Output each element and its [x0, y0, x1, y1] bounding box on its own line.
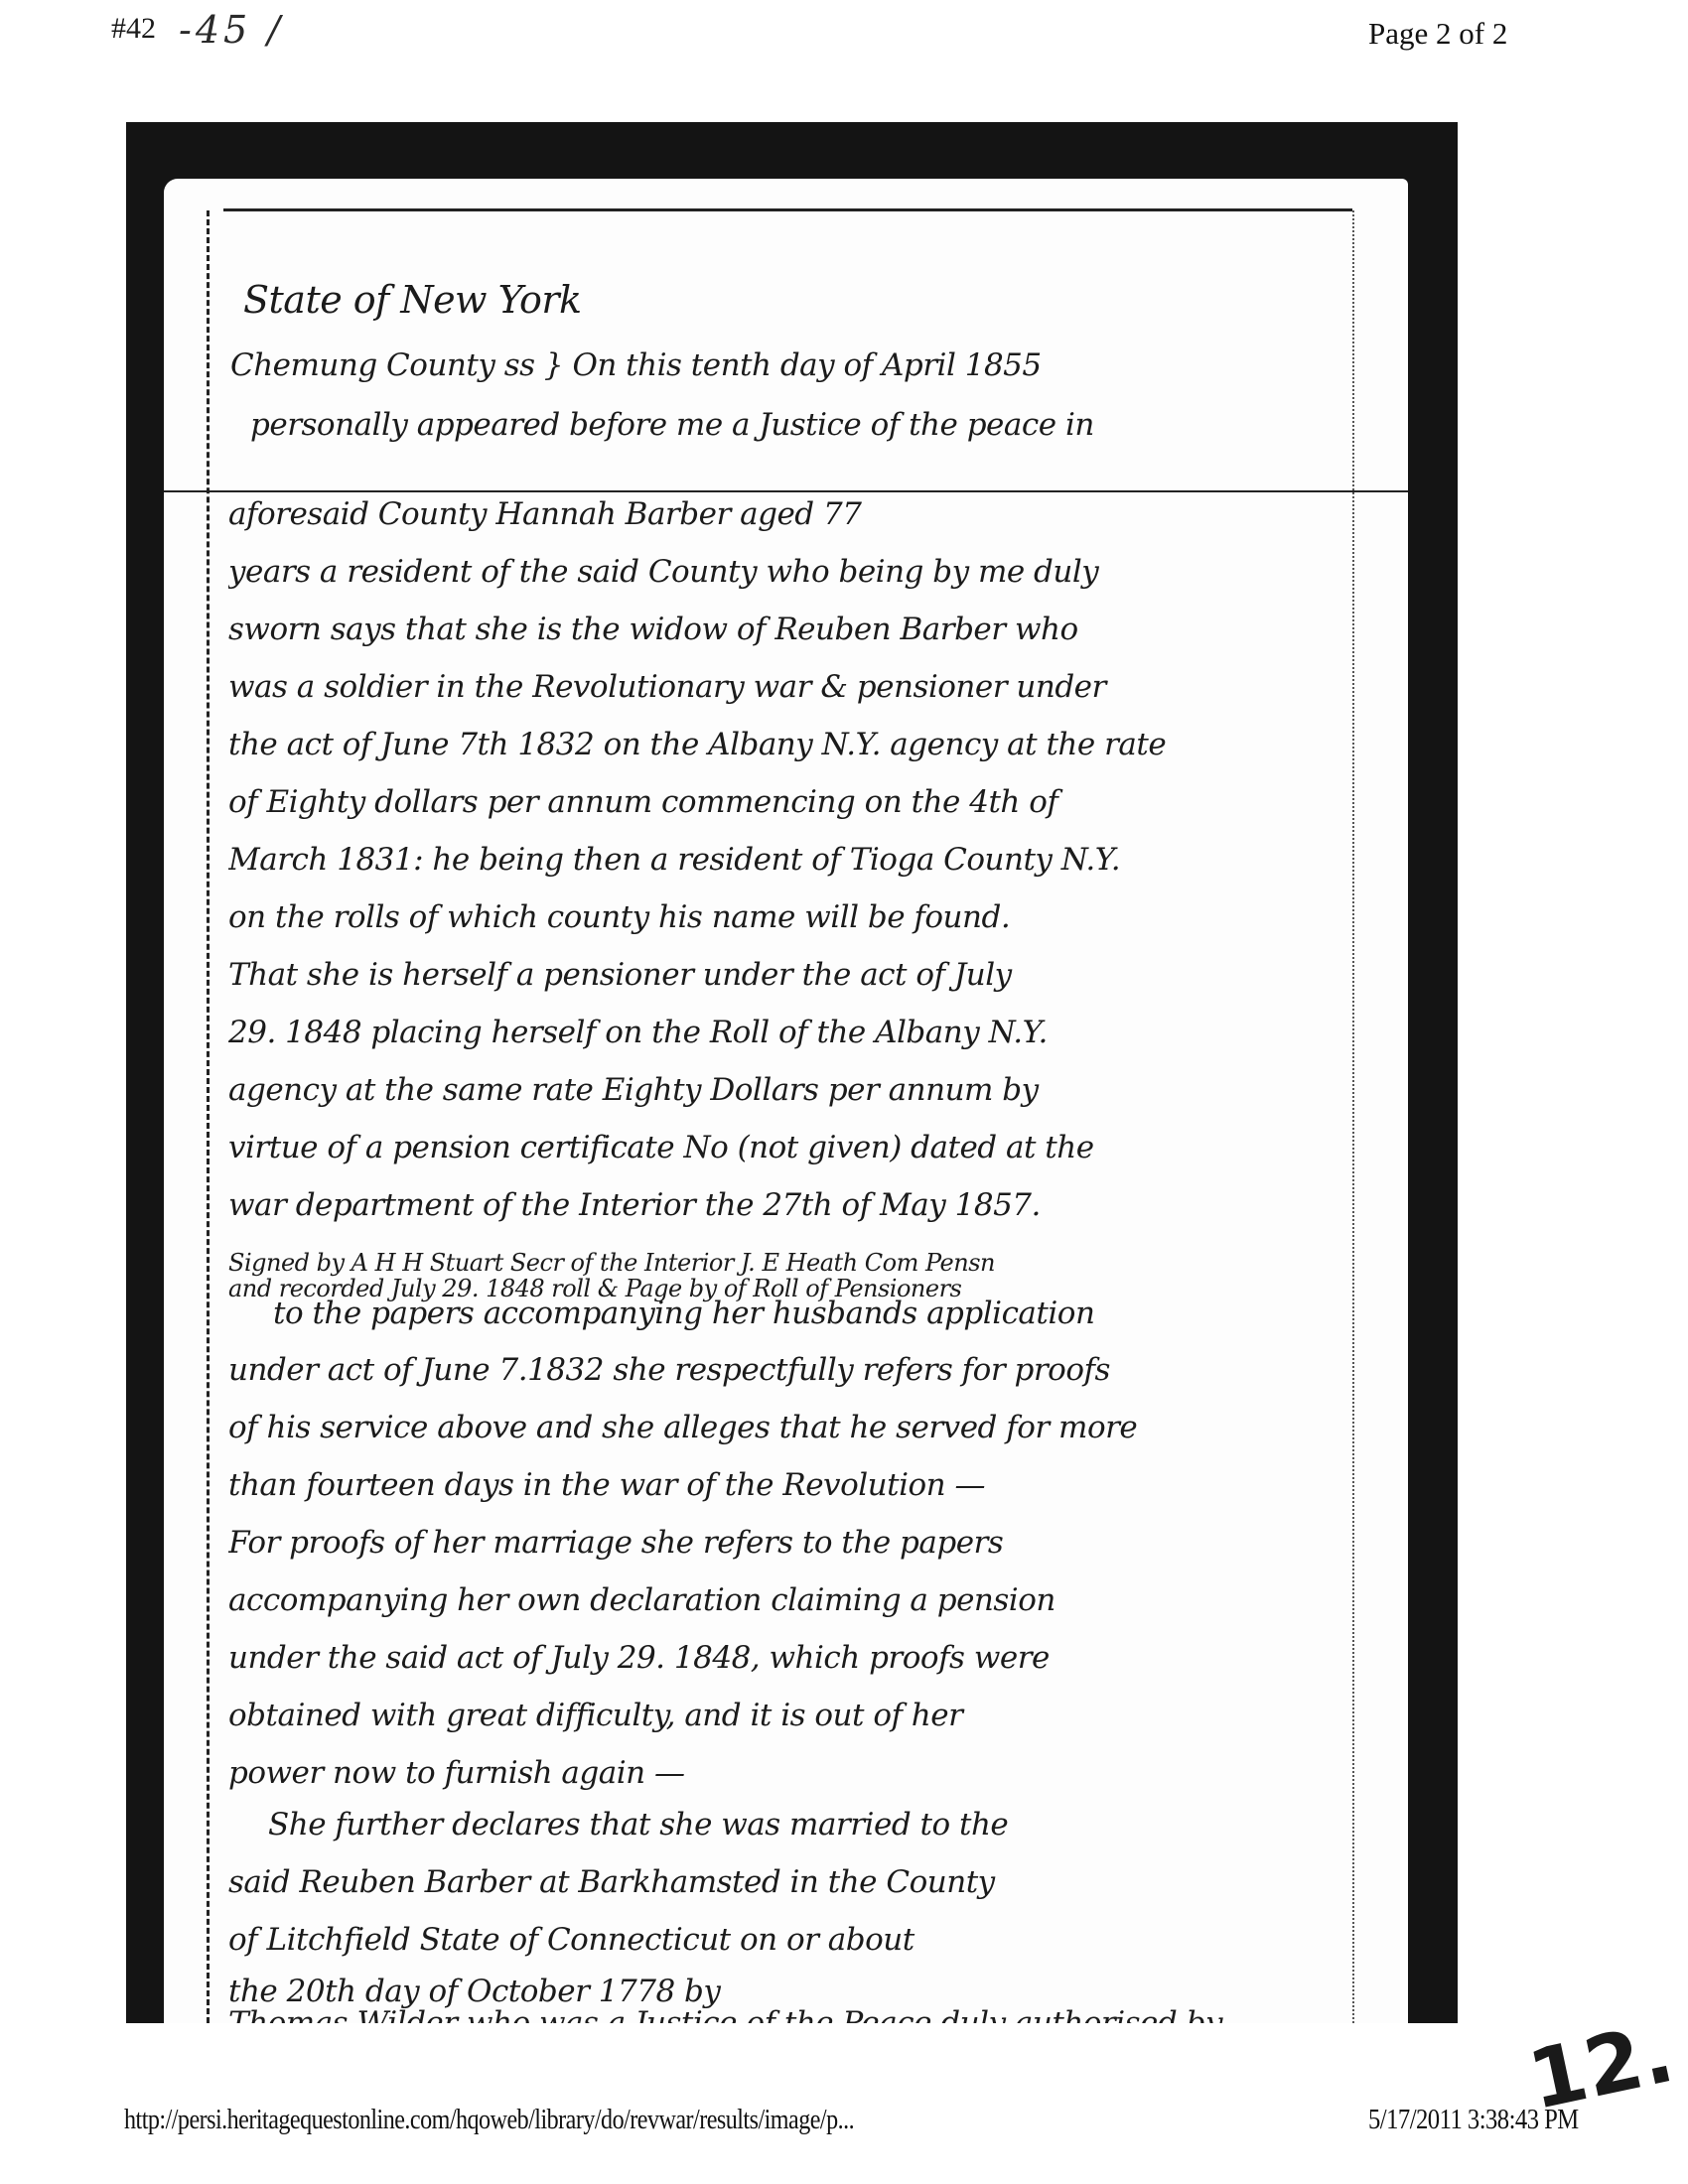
- line: the act of June 7th 1832 on the Albany N…: [228, 727, 1350, 762]
- right-margin-line: [1352, 210, 1354, 2023]
- line: of his service above and she alleges tha…: [228, 1410, 1350, 1445]
- line: She further declares that she was marrie…: [268, 1807, 1390, 1843]
- paper-top-edge: [223, 208, 1352, 211]
- line: under act of June 7.1832 she respectfull…: [228, 1352, 1350, 1388]
- line: to the papers accompanying her husbands …: [273, 1296, 1395, 1331]
- line: For proofs of her marriage she refers to…: [228, 1525, 1350, 1561]
- fold-line: [164, 490, 1408, 492]
- line: of Litchfield State of Connecticut on or…: [228, 1922, 1350, 1958]
- line: agency at the same rate Eighty Dollars p…: [228, 1072, 1350, 1108]
- line-annotation: Signed by A H H Stuart Secr of the Inter…: [228, 1249, 1350, 1277]
- line: power now to furnish again —: [228, 1755, 1350, 1791]
- line: years a resident of the said County who …: [228, 554, 1350, 590]
- line: said Reuben Barber at Barkhamsted in the…: [228, 1864, 1350, 1900]
- line-county: Chemung County ss } On this tenth day of…: [230, 347, 1352, 383]
- line: virtue of a pension certificate No (not …: [228, 1130, 1350, 1165]
- line: sworn says that she is the widow of Reub…: [228, 612, 1350, 647]
- handwritten-page-mark: 12.: [1521, 2006, 1682, 2128]
- line: of Eighty dollars per annum commencing o…: [228, 784, 1350, 820]
- line: war department of the Interior the 27th …: [228, 1187, 1350, 1223]
- line-heading-state: State of New York: [243, 278, 1365, 322]
- line: accompanying her own declaration claimin…: [228, 1582, 1350, 1618]
- left-margin-line: [207, 210, 210, 2023]
- line: under the said act of July 29. 1848, whi…: [228, 1640, 1350, 1676]
- page-indicator: Page 2 of 2: [1368, 16, 1507, 52]
- line: was a soldier in the Revolutionary war &…: [228, 669, 1350, 705]
- line: aforesaid County Hannah Barber aged 77: [228, 496, 1350, 532]
- line: Thomas Wilder who was a Justice of the P…: [228, 2005, 1350, 2023]
- record-number: #42: [111, 12, 156, 46]
- source-url: http://persi.heritagequestonline.com/hqo…: [124, 2105, 854, 2136]
- line: the 20th day of October 1778 by: [228, 1974, 1350, 2009]
- handwritten-reference: -45 /: [179, 8, 284, 52]
- line: on the rolls of which county his name wi…: [228, 899, 1350, 935]
- line: personally appeared before me a Justice …: [250, 407, 1372, 443]
- line: That she is herself a pensioner under th…: [228, 957, 1350, 993]
- line: 29. 1848 placing herself on the Roll of …: [228, 1015, 1350, 1050]
- line: March 1831: he being then a resident of …: [228, 842, 1350, 878]
- line: than fourteen days in the war of the Rev…: [228, 1467, 1350, 1503]
- line: obtained with great difficulty, and it i…: [228, 1698, 1350, 1733]
